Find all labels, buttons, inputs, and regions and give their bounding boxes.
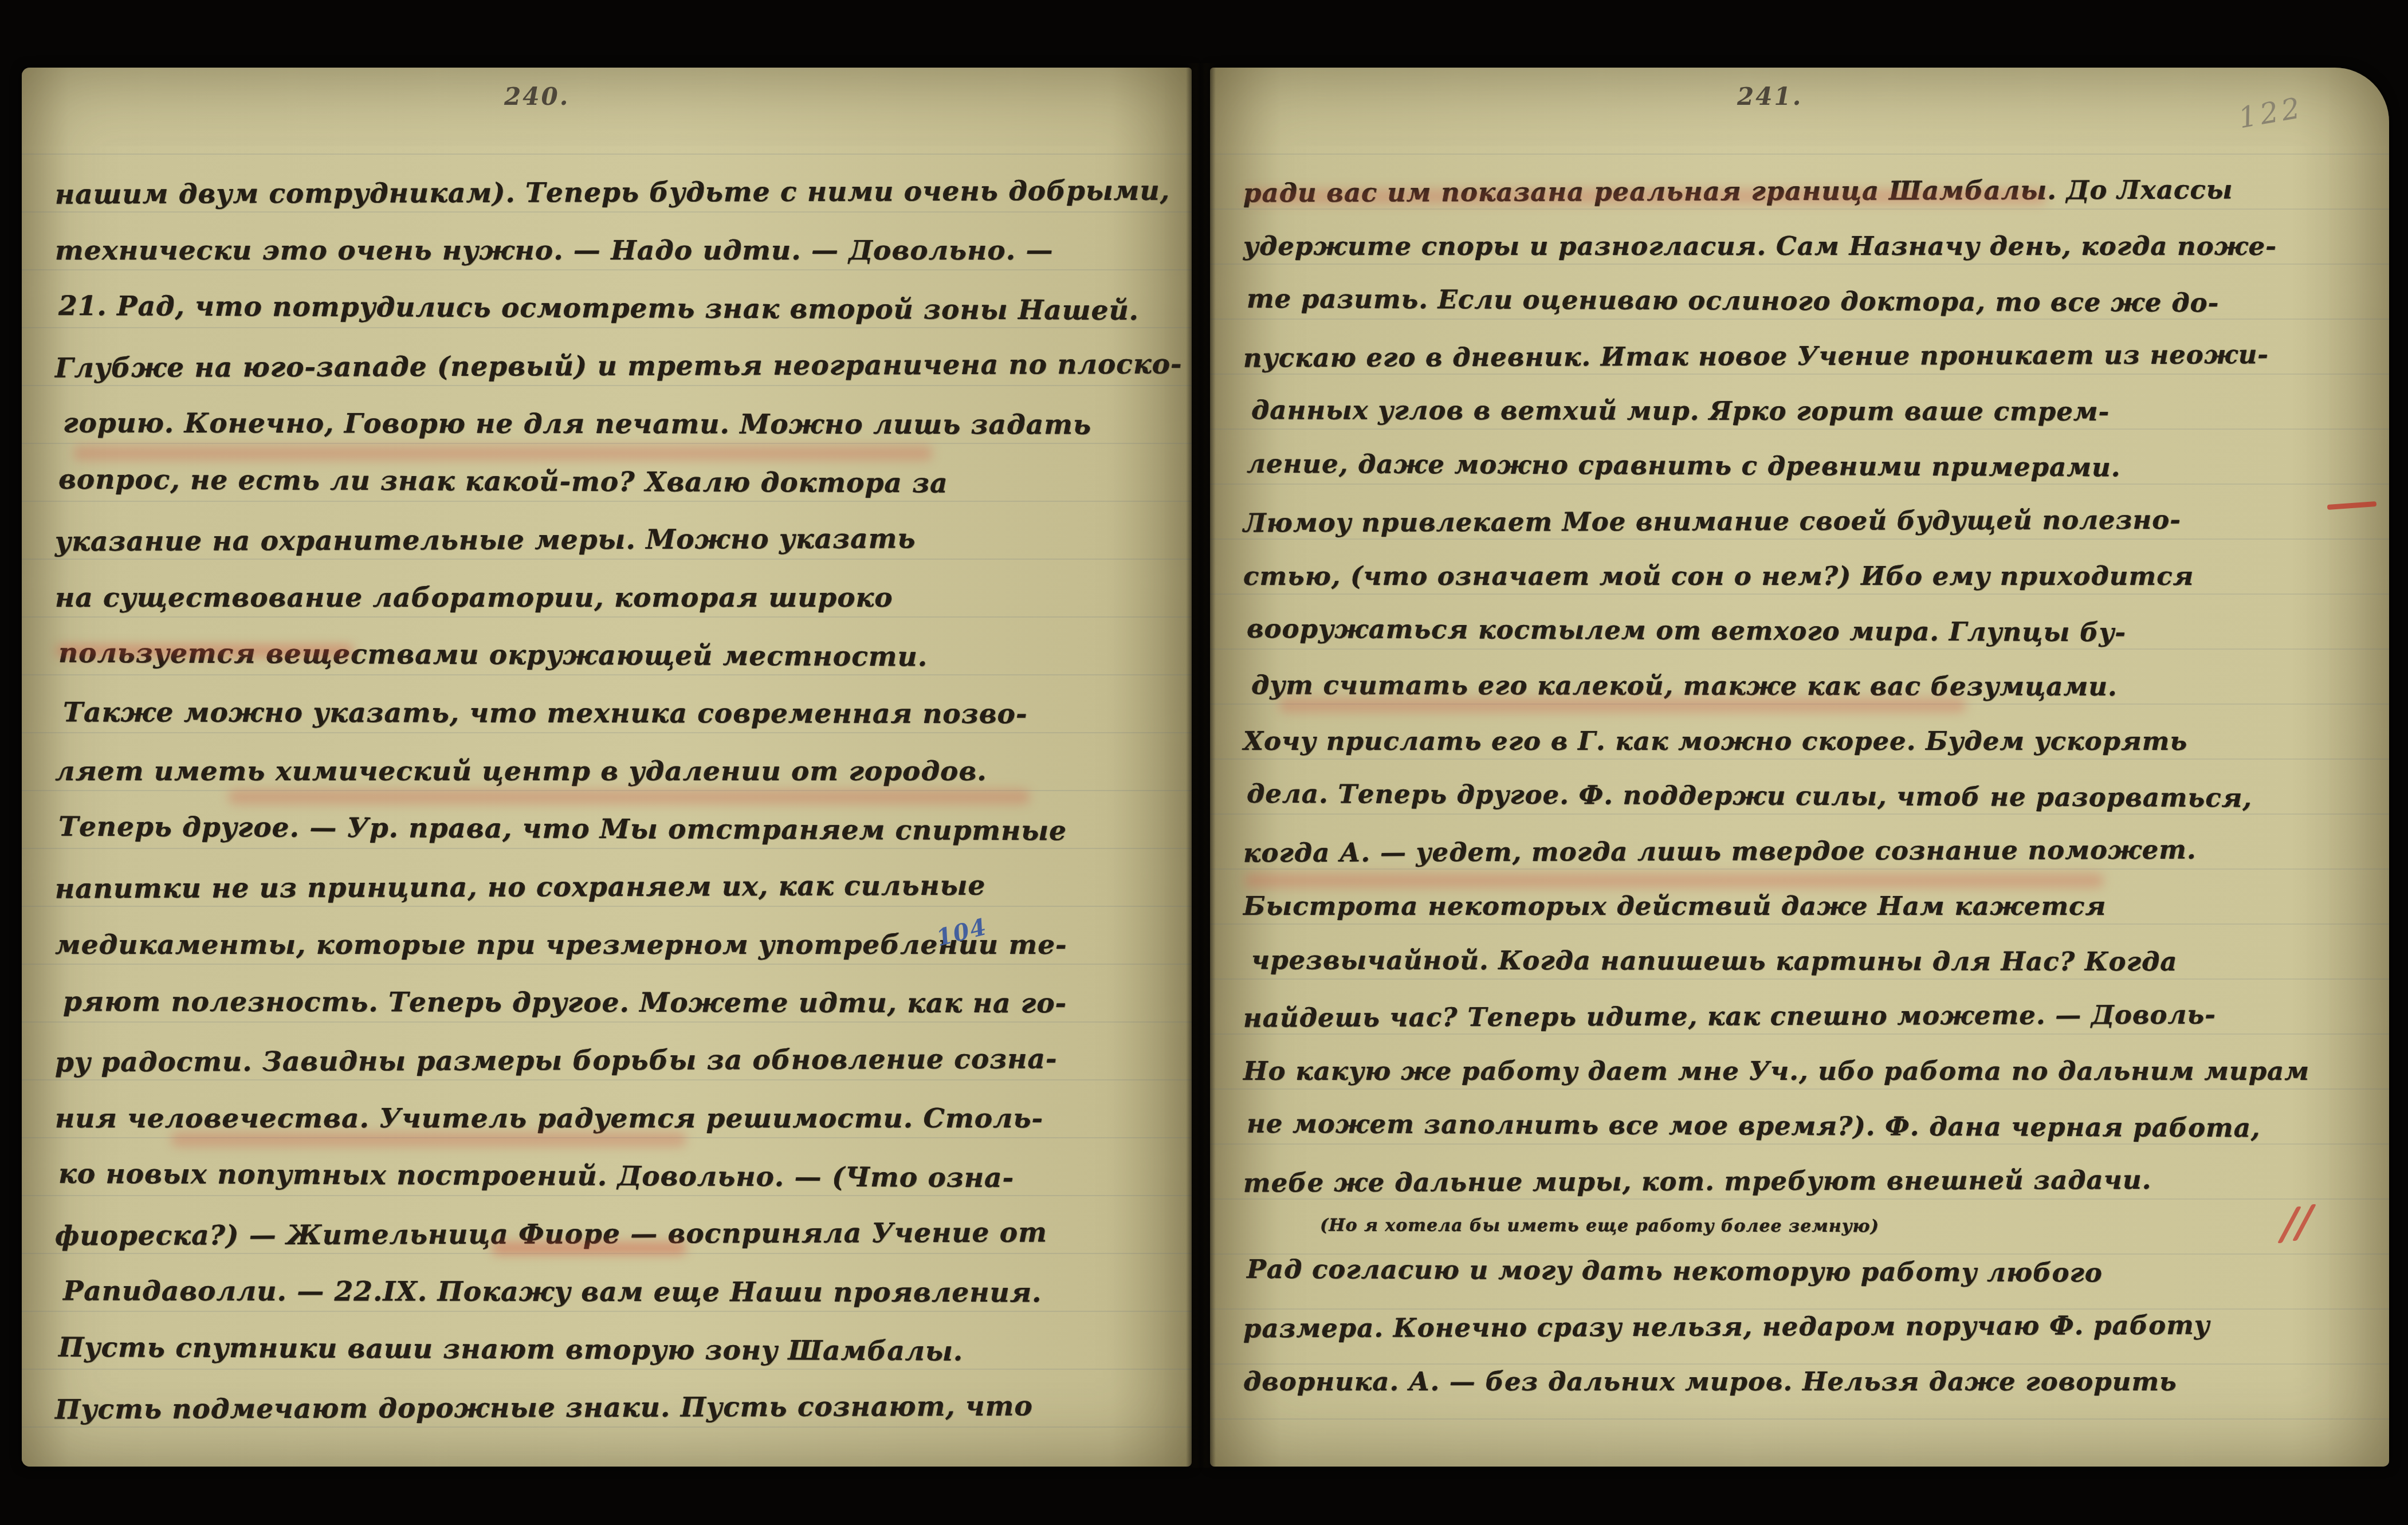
manuscript-line: медикаменты, которые при чрезмерном упот… (55, 916, 1169, 974)
manuscript-line: указание на охранительные меры. Можно ук… (55, 509, 1169, 571)
manuscript-line: 21. Рад, что потрудились осмотреть знак … (58, 277, 1172, 340)
manuscript-line: пускаю его в дневник. Итак новое Учение … (1243, 327, 2366, 386)
manuscript-line: стью, (что означает мой сон о нем?) Ибо … (1243, 549, 2366, 604)
pencil-corner-number: 122 (2236, 91, 2305, 135)
manuscript-line: горию. Конечно, Говорю не для печати. Мо… (63, 394, 1177, 454)
manuscript-line: ряют полезность. Теперь другое. Можете и… (63, 973, 1177, 1032)
manuscript-line: дворника. А. — без дальних миров. Нельзя… (1243, 1354, 2366, 1409)
manuscript-line: дут считать его калекой, также как вас б… (1251, 658, 2374, 714)
manuscript-line: те разить. Если оцениваю ослиного доктор… (1247, 272, 2370, 332)
manuscript-line: удержите споры и разногласия. Сам Назнач… (1243, 219, 2366, 274)
right-page-text: ради вас им показана реальная граница Ша… (1243, 164, 2366, 1409)
manuscript-line: ко новых попутных построений. Довольно. … (58, 1145, 1172, 1208)
manuscript-line: найдешь час? Теперь идите, как спешно мо… (1243, 987, 2366, 1046)
right-page-number: 241. (1737, 82, 1802, 111)
binding-gutter-shadow (1186, 63, 1216, 1468)
manuscript-line: ляет иметь химический центр в удалении о… (55, 742, 1169, 800)
manuscript-line: данных углов в ветхий мир. Ярко горит ва… (1251, 383, 2374, 439)
manuscript-line: чрезвычайной. Когда напишешь картины для… (1251, 933, 2374, 989)
manuscript-line: Пусть подмечают дорожные знаки. Пусть со… (55, 1377, 1169, 1439)
left-page: 240. нашим двум сотрудникам). Теперь буд… (22, 68, 1192, 1467)
manuscript-line: Пусть спутники ваши знают вторую зону Ша… (58, 1319, 1172, 1381)
manuscript-line: на существование лаборатории, которая ши… (55, 569, 1169, 627)
manuscript-line: вооружаться костылем от ветхого мира. Гл… (1247, 602, 2370, 662)
manuscript-line: Глубже на юго-западе (первый) и третья н… (55, 336, 1169, 398)
manuscript-line: Рад согласию и могу дать некоторую работ… (1247, 1242, 2370, 1302)
right-page: 241. 122 ради вас им показана реальная г… (1210, 68, 2389, 1467)
manuscript-line: размера. Конечно сразу нельзя, недаром п… (1243, 1298, 2366, 1357)
manuscript-line: (Но я хотела бы иметь еще работу более з… (1251, 1208, 2374, 1245)
manuscript-line: ру радости. Завидны размеры борьбы за об… (55, 1030, 1169, 1092)
manuscript-line: нашим двум сотрудникам). Теперь будьте с… (55, 162, 1169, 224)
manuscript-line: Также можно указать, что техника совреме… (63, 683, 1177, 743)
manuscript-line: вопрос, не есть ли знак какой-то? Хвалю … (58, 451, 1172, 513)
manuscript-line: ради вас им показана реальная граница Ша… (1243, 162, 2366, 221)
manuscript-spread: 240. нашим двум сотрудникам). Теперь буд… (0, 0, 2408, 1525)
manuscript-line: Хочу прислать его в Г. как можно скорее.… (1243, 714, 2366, 769)
manuscript-line: Быстрота некоторых действий даже Нам каж… (1243, 879, 2366, 934)
manuscript-line: напитки не из принципа, но сохраняем их,… (55, 856, 1169, 918)
manuscript-line: ния человечества. Учитель радуется решим… (55, 1090, 1169, 1147)
manuscript-line: ление, даже можно сравнить с древними пр… (1247, 437, 2370, 497)
manuscript-line: не может заполнить все мое время?). Ф. д… (1247, 1096, 2370, 1157)
left-page-text: нашим двум сотрудникам). Теперь будьте с… (55, 164, 1169, 1437)
manuscript-line: тебе же дальние миры, кот. требуют внешн… (1243, 1152, 2366, 1211)
manuscript-line: Теперь другое. — Ур. права, что Мы отстр… (58, 798, 1172, 860)
manuscript-line: дела. Теперь другое. Ф. поддержи силы, ч… (1247, 767, 2370, 827)
manuscript-line: когда А. — уедет, тогда лишь твердое соз… (1243, 822, 2366, 881)
manuscript-line: Но какую же работу дает мне Уч., ибо раб… (1243, 1044, 2366, 1099)
manuscript-line: Люмоу привлекает Мое внимание своей буду… (1243, 492, 2366, 551)
left-page-number: 240. (504, 82, 569, 111)
manuscript-line: технически это очень нужно. — Надо идти.… (55, 222, 1169, 280)
manuscript-line: Рапидаволли. — 22.IX. Покажу вам еще Наш… (63, 1262, 1177, 1322)
manuscript-line: фиореска?) — Жительница Фиоре — восприня… (55, 1204, 1169, 1265)
manuscript-line: пользуется веществами окружающей местнос… (58, 624, 1172, 687)
